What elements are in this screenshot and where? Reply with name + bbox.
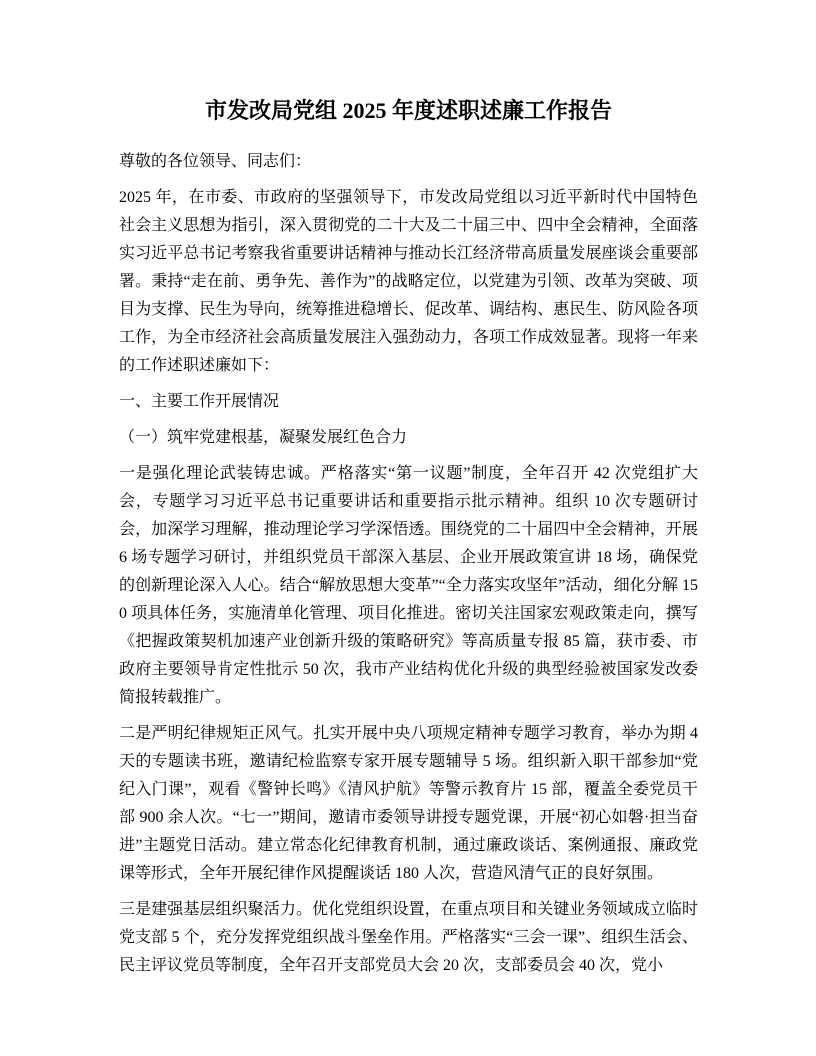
- subsection-heading-1-1: （一）筑牢党建根基，凝聚发展红色合力: [119, 424, 698, 452]
- document-title: 市发改局党组 2025 年度述职述廉工作报告: [119, 96, 698, 126]
- paragraph-intro: 2025 年，在市委、市政府的坚强领导下，市发改局党组以习近平新时代中国特色社会…: [119, 184, 698, 380]
- salutation: 尊敬的各位领导、同志们：: [119, 148, 698, 176]
- paragraph-point-1: 一是强化理论武装铸忠诚。严格落实“第一议题”制度，全年召开 42 次党组扩大会，…: [119, 460, 698, 712]
- paragraph-point-3-truncated: 三是建强基层组织聚活力。优化党组织设置，在重点项目和关键业务领域成立临时党支部 …: [119, 896, 698, 980]
- document-page: 市发改局党组 2025 年度述职述廉工作报告 尊敬的各位领导、同志们： 2025…: [0, 0, 816, 1056]
- paragraph-point-2: 二是严明纪律规矩正风气。扎实开展中央八项规定精神专题学习教育，举办为期 4 天的…: [119, 720, 698, 888]
- section-heading-1: 一、主要工作开展情况: [119, 388, 698, 416]
